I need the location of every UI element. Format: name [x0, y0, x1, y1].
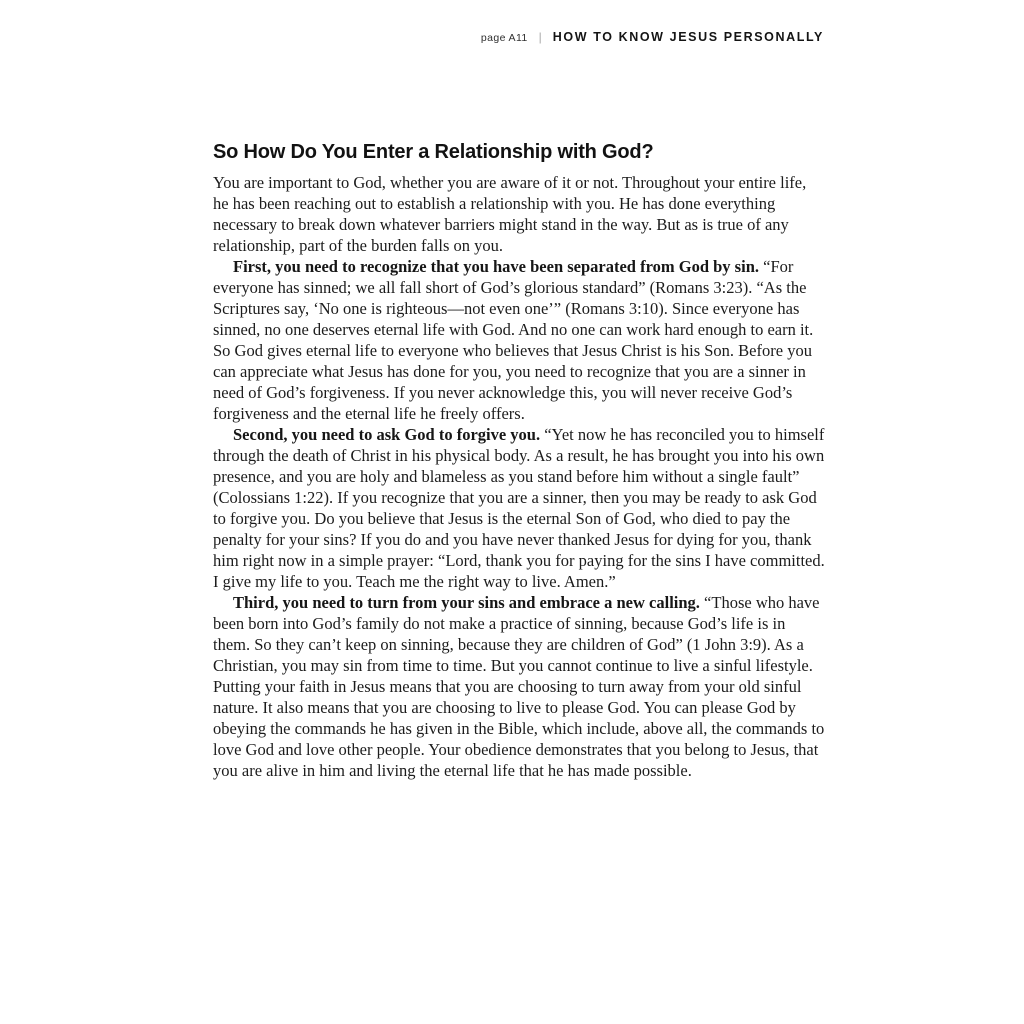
- paragraph-intro: You are important to God, whether you ar…: [213, 172, 825, 256]
- paragraph-lead: Second, you need to ask God to forgive y…: [233, 425, 540, 444]
- paragraph-body: You are important to God, whether you ar…: [213, 173, 806, 255]
- book-title: HOW TO KNOW JESUS PERSONALLY: [553, 30, 824, 44]
- paragraph-second-step: Second, you need to ask God to forgive y…: [213, 424, 825, 592]
- page-header: page A11 | HOW TO KNOW JESUS PERSONALLY: [0, 30, 824, 44]
- header-separator: |: [539, 30, 542, 44]
- paragraph-first-step: First, you need to recognize that you ha…: [213, 256, 825, 424]
- page-number-label: page A11: [481, 32, 528, 44]
- paragraph-body: “For everyone has sinned; we all fall sh…: [213, 257, 813, 423]
- paragraph-body: “Those who have been born into God’s fam…: [213, 593, 824, 780]
- paragraph-lead: First, you need to recognize that you ha…: [233, 257, 759, 276]
- paragraph-third-step: Third, you need to turn from your sins a…: [213, 592, 825, 781]
- paragraph-body: “Yet now he has reconciled you to himsel…: [213, 425, 825, 591]
- article-heading: So How Do You Enter a Relationship with …: [213, 140, 825, 164]
- article: So How Do You Enter a Relationship with …: [213, 140, 825, 781]
- paragraph-lead: Third, you need to turn from your sins a…: [233, 593, 700, 612]
